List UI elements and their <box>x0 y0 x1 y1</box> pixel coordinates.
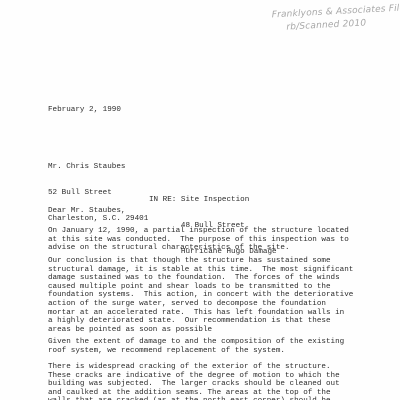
paragraph-line: These cracks are indicative of the degre… <box>48 372 378 381</box>
paragraph-line: building was subjected. The larger crack… <box>48 380 378 389</box>
paragraph-line: and caulked at the addition seams. The a… <box>48 389 378 398</box>
handwritten-note: Franklyons & Associates Files, rb/Scanne… <box>271 3 400 36</box>
paragraph-line: a highly deteriorated state. Our recomme… <box>48 317 378 326</box>
paragraph-1: On January 12, 1990, a partial inspectio… <box>48 227 378 253</box>
recipient-city: Charleston, S.C. 29401 <box>48 215 148 224</box>
letter-date: February 2, 1990 <box>48 106 121 114</box>
paragraph-line: at this site was conducted. The purpose … <box>48 236 378 245</box>
subject-line-1: IN RE: Site Inspection <box>149 196 277 205</box>
paragraph-line: caused multiple point and shear loads to… <box>48 283 378 292</box>
paragraph-line: There is widespread cracking of the exte… <box>48 363 378 372</box>
paragraph-2: Our conclusion is that though the struct… <box>48 257 378 334</box>
paragraph-line: areas be pointed as soon as possible <box>48 326 378 335</box>
paragraph-line: structural damage, it is stable at this … <box>48 266 378 275</box>
paragraph-line: advise on the structural characteristics… <box>48 244 378 253</box>
paragraph-line: damage sustained was to the foundation. … <box>48 274 378 283</box>
paragraph-4: There is widespread cracking of the exte… <box>48 363 378 400</box>
recipient-street: 52 Bull Street <box>48 189 148 198</box>
paragraph-line: On January 12, 1990, a partial inspectio… <box>48 227 378 236</box>
paragraph-line: action of the surge water, served to dec… <box>48 300 378 309</box>
letter-page: Franklyons & Associates Files, rb/Scanne… <box>0 0 400 400</box>
paragraph-line: Our conclusion is that though the struct… <box>48 257 378 266</box>
paragraph-line: roof system, we recommend replacement of… <box>48 347 378 356</box>
paragraph-line: mortar at an accelerated rate. This has … <box>48 309 378 318</box>
salutation: Dear Mr. Staubes, <box>48 207 125 215</box>
paragraph-line: foundation systems. This action, in conc… <box>48 291 378 300</box>
paragraph-3: Given the extent of damage to and the co… <box>48 338 378 355</box>
recipient-name: Mr. Chris Staubes <box>48 163 148 172</box>
paragraph-line: Given the extent of damage to and the co… <box>48 338 378 347</box>
